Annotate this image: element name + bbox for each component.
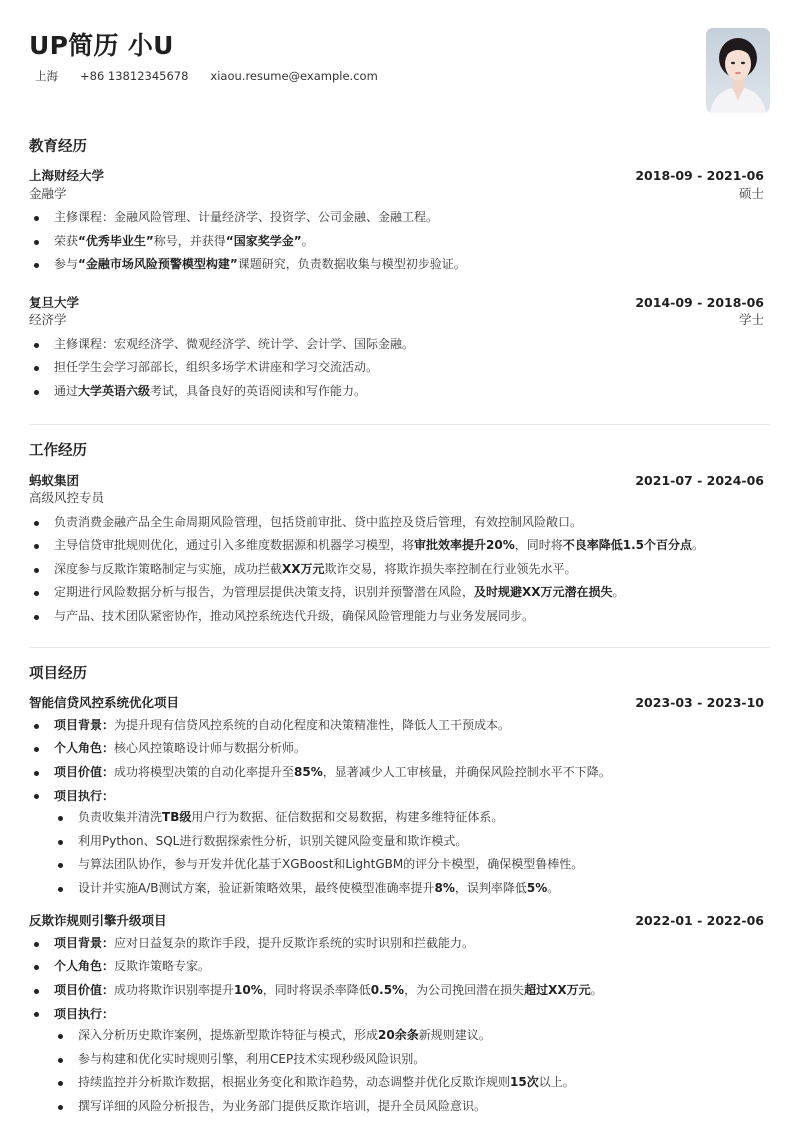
body-text: 担任学生会学习部部长，组织多场学术讲座和学习交流活动。 [54, 360, 378, 374]
emphasis-text: 8% [435, 881, 455, 895]
body-text: 成功将模型决策的自动化率提升至 [114, 765, 294, 779]
list-item: 深入分析历史欺诈案例，提炼新型欺诈特征与模式，形成20余条新规则建议。 [54, 1024, 764, 1048]
emphasis-text: 15次 [510, 1075, 539, 1089]
body-text: 为提升现有信贷风控系统的自动化程度和决策精准性，降低人工干预成本。 [114, 718, 510, 732]
list-item: 负责消费金融产品全生命周期风险管理，包括贷前审批、贷中监控及贷后管理，有效控制风… [29, 511, 764, 535]
list-item: 与算法团队协作，参与开发并优化基于XGBoost和LightGBM的评分卡模型，… [54, 853, 764, 877]
degree: 学士 [739, 311, 764, 329]
body-text: 。 [547, 881, 559, 895]
date-range: 2023-03 - 2023-10 [635, 694, 764, 712]
list-item: 利用Python、SQL进行数据探索性分析，识别关键风险变量和欺诈模式。 [54, 830, 764, 854]
list-item: 通过大学英语六级考试，具备良好的英语阅读和写作能力。 [29, 380, 764, 404]
body-text: 设计并实施A/B测试方案，验证新策略效果，最终使模型准确率提升 [78, 881, 435, 895]
list-item: 深度参与反欺诈策略制定与实施，成功拦截XX万元欺诈交易，将欺诈损失率控制在行业领… [29, 558, 764, 582]
list-item: 主修课程：宏观经济学、微观经济学、统计学、会计学、国际金融。 [29, 333, 764, 357]
emphasis-text: 个人角色： [54, 959, 114, 973]
execution-label: 项目执行： [54, 1007, 114, 1021]
body-text: 撰写详细的风险分析报告，为业务部门提供反欺诈培训，提升全员风险意识。 [78, 1099, 486, 1113]
body-text: ，显著减少人工审核量，并确保风险控制水平不下降。 [323, 765, 611, 779]
profile-photo [706, 28, 770, 113]
body-text: 定期进行风险数据分析与报告，为管理层提供决策支持，识别并预警潜在风险， [54, 585, 474, 599]
school-name: 上海财经大学 [29, 167, 104, 185]
emphasis-text: 20余条 [378, 1028, 419, 1042]
project-name: 智能信贷风控系统优化项目 [29, 694, 179, 712]
resume-page: UP简历 小U 上海 +86 13812345678 xiaou.resume@… [29, 0, 764, 1130]
date-range: 2014-09 - 2018-06 [635, 294, 764, 312]
emphasis-text: 大学英语六级 [78, 384, 150, 398]
emphasis-text: 项目背景： [54, 718, 114, 732]
education-section: 教育经历 上海财经大学 2018-09 - 2021-06 金融学 硕士 主修课… [29, 137, 764, 403]
emphasis-text: 项目背景： [54, 936, 114, 950]
list-item: 设计并实施A/B测试方案，验证新策略效果，最终使模型准确率提升8%，误判率降低5… [54, 877, 764, 901]
body-text: 反欺诈策略专家。 [114, 959, 210, 973]
emphasis-text: 项目价值： [54, 765, 114, 779]
body-text: 。 [613, 585, 625, 599]
body-text: 深度参与反欺诈策略制定与实施，成功拦截 [54, 562, 282, 576]
bullet-list: 主修课程：金融风险管理、计量经济学、投资学、公司金融、金融工程。荣获“优秀毕业生… [29, 206, 764, 277]
date-range: 2018-09 - 2021-06 [635, 167, 764, 185]
body-text: 深入分析历史欺诈案例，提炼新型欺诈特征与模式，形成 [78, 1028, 378, 1042]
resume-header: UP简历 小U 上海 +86 13812345678 xiaou.resume@… [29, 0, 764, 128]
section-divider [29, 424, 770, 425]
portrait-icon [706, 28, 770, 113]
body-text: 成功将欺诈识别率提升 [114, 983, 234, 997]
projects-section: 项目经历 智能信贷风控系统优化项目 2023-03 - 2023-10 项目背景… [29, 664, 764, 1118]
list-item: 参与“金融市场风险预警模型构建”课题研究，负责数据收集与模型初步验证。 [29, 253, 764, 277]
emphasis-text: 不良率降低1.5个百分点 [563, 538, 692, 552]
bullet-list: 主修课程：宏观经济学、微观经济学、统计学、会计学、国际金融。担任学生会学习部部长… [29, 333, 764, 404]
emphasis-text: 及时规避XX万元潜在损失 [474, 585, 613, 599]
body-text: 与算法团队协作，参与开发并优化基于XGBoost和LightGBM的评分卡模型，… [78, 857, 583, 871]
emphasis-text: 个人角色： [54, 741, 114, 755]
list-item: 持续监控并分析欺诈数据，根据业务变化和欺诈趋势，动态调整并优化反欺诈规则15次以… [54, 1071, 764, 1095]
emphasis-text: 10% [234, 983, 263, 997]
phone-text: +86 13812345678 [80, 68, 188, 84]
education-entry: 复旦大学 2014-09 - 2018-06 经济学 学士 主修课程：宏观经济学… [29, 294, 764, 404]
bullet-list: 负责消费金融产品全生命周期风险管理，包括贷前审批、贷中监控及贷后管理，有效控制风… [29, 511, 764, 629]
body-text: 。 [591, 983, 603, 997]
project-entry: 反欺诈规则引擎升级项目 2022-01 - 2022-06 项目背景：应对日益复… [29, 912, 764, 1118]
project-background: 项目背景：应对日益复杂的欺诈手段，提升反欺诈系统的实时识别和拦截能力。 [29, 932, 764, 956]
contact-info: 上海 +86 13812345678 xiaou.resume@example.… [35, 68, 400, 84]
body-text: ，同时将 [515, 538, 563, 552]
body-text: ，同时将误杀率降低 [263, 983, 371, 997]
section-title-education: 教育经历 [29, 137, 764, 157]
date-range: 2022-01 - 2022-06 [635, 912, 764, 930]
body-text: 核心风控策略设计师与数据分析师。 [114, 741, 306, 755]
body-text: 应对日益复杂的欺诈手段，提升反欺诈系统的实时识别和拦截能力。 [114, 936, 474, 950]
body-text: ，为公司挽回潜在损失 [404, 983, 524, 997]
body-text: 新规则建议。 [419, 1028, 491, 1042]
body-text: 负责消费金融产品全生命周期风险管理，包括贷前审批、贷中监控及贷后管理，有效控制风… [54, 515, 582, 529]
major: 金融学 [29, 185, 67, 203]
emphasis-text: “优秀毕业生” [78, 234, 154, 248]
list-item: 参与构建和优化实时规则引擎，利用CEP技术实现秒级风险识别。 [54, 1048, 764, 1072]
project-role: 个人角色：核心风控策略设计师与数据分析师。 [29, 737, 764, 761]
list-item: 担任学生会学习部部长，组织多场学术讲座和学习交流活动。 [29, 356, 764, 380]
emphasis-text: 超过XX万元 [524, 983, 591, 997]
emphasis-text: TB级 [162, 810, 191, 824]
body-text: 称号，并获得 [154, 234, 226, 248]
body-text: 课题研究，负责数据收集与模型初步验证。 [238, 257, 466, 271]
emphasis-text: 审批效率提升20% [414, 538, 515, 552]
list-item: 主导信贷审批规则优化，通过引入多维度数据源和机器学习模型，将审批效率提升20%，… [29, 534, 764, 558]
body-text: 主修课程：金融风险管理、计量经济学、投资学、公司金融、金融工程。 [54, 210, 438, 224]
major: 经济学 [29, 311, 67, 329]
body-text: 负责收集并清洗 [78, 810, 162, 824]
body-text: 利用Python、SQL进行数据探索性分析，识别关键风险变量和欺诈模式。 [78, 834, 467, 848]
body-text: 主导信贷审批规则优化，通过引入多维度数据源和机器学习模型，将 [54, 538, 414, 552]
degree: 硕士 [739, 185, 764, 203]
body-text: 用户行为数据、征信数据和交易数据，构建多维特征体系。 [191, 810, 503, 824]
bullet-list: 项目背景：应对日益复杂的欺诈手段，提升反欺诈系统的实时识别和拦截能力。 个人角色… [29, 932, 764, 1119]
location-text: 上海 [35, 68, 58, 84]
education-entry: 上海财经大学 2018-09 - 2021-06 金融学 硕士 主修课程：金融风… [29, 167, 764, 277]
body-text: 以上。 [539, 1075, 575, 1089]
execution-sublist: 深入分析历史欺诈案例，提炼新型欺诈特征与模式，形成20余条新规则建议。参与构建和… [54, 1024, 764, 1118]
project-background: 项目背景：为提升现有信贷风控系统的自动化程度和决策精准性，降低人工干预成本。 [29, 714, 764, 738]
emphasis-text: “国家奖学金” [226, 234, 302, 248]
body-text: ，误判率降低 [455, 881, 527, 895]
list-item: 撰写详细的风险分析报告，为业务部门提供反欺诈培训，提升全员风险意识。 [54, 1095, 764, 1119]
list-item: 负责收集并清洗TB级用户行为数据、征信数据和交易数据，构建多维特征体系。 [54, 806, 764, 830]
project-execution: 项目执行： 负责收集并清洗TB级用户行为数据、征信数据和交易数据，构建多维特征体… [29, 784, 764, 900]
body-text: 与产品、技术团队紧密协作，推动风控系统迭代升级，确保风险管理能力与业务发展同步。 [54, 609, 534, 623]
list-item: 与产品、技术团队紧密协作，推动风控系统迭代升级，确保风险管理能力与业务发展同步。 [29, 605, 764, 629]
section-divider [29, 647, 770, 648]
emphasis-text: 5% [527, 881, 547, 895]
emphasis-text: 0.5% [371, 983, 404, 997]
date-range: 2021-07 - 2024-06 [635, 472, 764, 490]
project-execution: 项目执行： 深入分析历史欺诈案例，提炼新型欺诈特征与模式，形成20余条新规则建议… [29, 1002, 764, 1118]
section-title-work: 工作经历 [29, 441, 764, 461]
bullet-list: 项目背景：为提升现有信贷风控系统的自动化程度和决策精准性，降低人工干预成本。 个… [29, 714, 764, 901]
execution-sublist: 负责收集并清洗TB级用户行为数据、征信数据和交易数据，构建多维特征体系。利用Py… [54, 806, 764, 900]
execution-label: 项目执行： [54, 789, 114, 803]
project-value: 项目价值：成功将模型决策的自动化率提升至85%，显著减少人工审核量，并确保风险控… [29, 761, 764, 785]
body-text: 参与构建和优化实时规则引擎，利用CEP技术实现秒级风险识别。 [78, 1052, 425, 1066]
project-entry: 智能信贷风控系统优化项目 2023-03 - 2023-10 项目背景：为提升现… [29, 694, 764, 900]
project-role: 个人角色：反欺诈策略专家。 [29, 955, 764, 979]
candidate-name: UP简历 小U [29, 28, 174, 63]
emphasis-text: XX万元 [282, 562, 325, 576]
job-role: 高级风控专员 [29, 489, 104, 507]
body-text: 持续监控并分析欺诈数据，根据业务变化和欺诈趋势，动态调整并优化反欺诈规则 [78, 1075, 510, 1089]
body-text: 考试，具备良好的英语阅读和写作能力。 [150, 384, 366, 398]
body-text: 主修课程：宏观经济学、微观经济学、统计学、会计学、国际金融。 [54, 337, 414, 351]
list-item: 主修课程：金融风险管理、计量经济学、投资学、公司金融、金融工程。 [29, 206, 764, 230]
body-text: 欺诈交易，将欺诈损失率控制在行业领先水平。 [325, 562, 577, 576]
body-text: 通过 [54, 384, 78, 398]
section-title-projects: 项目经历 [29, 664, 764, 684]
project-name: 反欺诈规则引擎升级项目 [29, 912, 167, 930]
body-text: 。 [692, 538, 704, 552]
emphasis-text: “金融市场风险预警模型构建” [78, 257, 238, 271]
list-item: 荣获“优秀毕业生”称号，并获得“国家奖学金”。 [29, 230, 764, 254]
body-text: 参与 [54, 257, 78, 271]
project-value: 项目价值：成功将欺诈识别率提升10%，同时将误杀率降低0.5%，为公司挽回潜在损… [29, 979, 764, 1003]
email-text: xiaou.resume@example.com [210, 68, 377, 84]
company-name: 蚂蚁集团 [29, 472, 79, 490]
emphasis-text: 85% [294, 765, 323, 779]
school-name: 复旦大学 [29, 294, 79, 312]
emphasis-text: 项目价值： [54, 983, 114, 997]
list-item: 定期进行风险数据分析与报告，为管理层提供决策支持，识别并预警潜在风险，及时规避X… [29, 581, 764, 605]
work-entry: 蚂蚁集团 2021-07 - 2024-06 高级风控专员 负责消费金融产品全生… [29, 472, 764, 629]
work-section: 工作经历 蚂蚁集团 2021-07 - 2024-06 高级风控专员 负责消费金… [29, 441, 764, 628]
body-text: 。 [302, 234, 314, 248]
body-text: 荣获 [54, 234, 78, 248]
